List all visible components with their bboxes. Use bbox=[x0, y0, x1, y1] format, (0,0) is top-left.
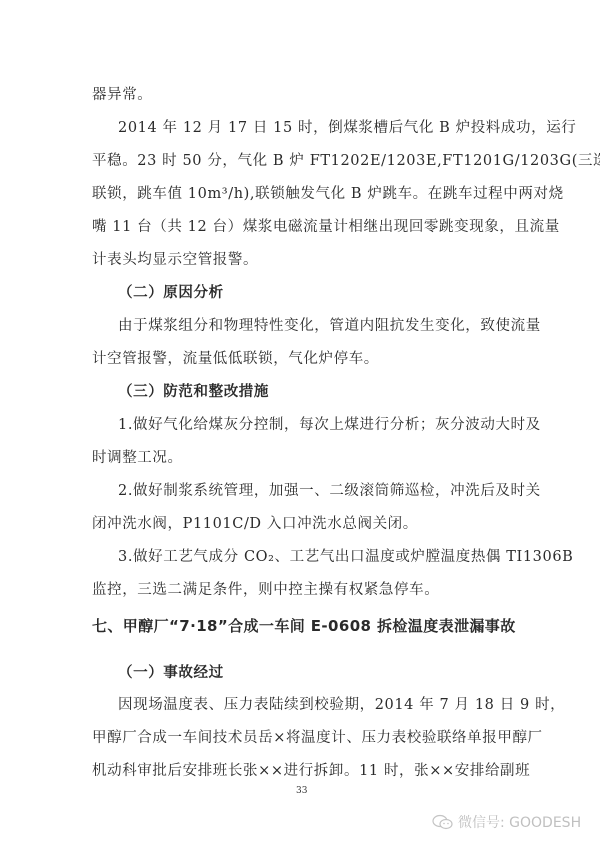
paragraph-line: 嘴 11 台（共 12 台）煤浆电磁流量计相继出现回零跳变现象，且流量 bbox=[92, 217, 522, 237]
document-page: 器异常。 2014 年 12 月 17 日 15 时，倒煤浆槽后气化 B 炉投料… bbox=[0, 0, 600, 848]
paragraph-line: 3.做好工艺气成分 CO₂、工艺气出口温度或炉膛温度热偶 TI1306B bbox=[118, 547, 548, 567]
paragraph-line: 平稳。23 时 50 分，气化 B 炉 FT1202E/1203E,FT1201… bbox=[92, 151, 522, 171]
section-heading-prevention-measures: （三）防范和整改措施 bbox=[118, 382, 548, 402]
paragraph-line: 联锁，跳车值 10m³/h),联锁触发气化 B 炉跳车。在跳车过程中两对烧 bbox=[92, 184, 522, 204]
paragraph-line: 机动科审批后安排班长张××进行拆卸。11 时，张××安排给副班 bbox=[92, 761, 522, 781]
watermark-text: 微信号: GOODESH bbox=[458, 812, 581, 832]
paragraph-line: 时调整工况。 bbox=[92, 448, 522, 468]
chapter-title: 七、甲醇厂“7·18”合成一车间 E-0608 拆检温度表泄漏事故 bbox=[92, 616, 522, 636]
paragraph-line: 由于煤浆组分和物理特性变化，管道内阻抗发生变化，致使流量 bbox=[118, 316, 548, 336]
page-number: 33 bbox=[296, 786, 307, 796]
paragraph-line: 1.做好气化给煤灰分控制，每次上煤进行分析；灰分波动大时及 bbox=[118, 415, 548, 435]
watermark: 微信号: GOODESH bbox=[432, 812, 581, 832]
paragraph-line: 闭冲洗水阀，P1101C/D 入口冲洗水总阀关闭。 bbox=[92, 514, 522, 534]
wechat-icon bbox=[432, 814, 454, 830]
paragraph-line: 2014 年 12 月 17 日 15 时，倒煤浆槽后气化 B 炉投料成功，运行 bbox=[118, 118, 548, 138]
paragraph-line: 因现场温度表、压力表陆续到校验期，2014 年 7 月 18 日 9 时， bbox=[118, 695, 548, 715]
paragraph-line: 甲醇厂合成一车间技术员岳×将温度计、压力表校验联络单报甲醇厂 bbox=[92, 728, 522, 748]
paragraph-line: 计空管报警，流量低低联锁，气化炉停车。 bbox=[92, 349, 522, 369]
paragraph-line: 监控，三选二满足条件，则中控主操有权紧急停车。 bbox=[92, 580, 522, 600]
paragraph-line: 器异常。 bbox=[92, 85, 522, 105]
section-heading-cause-analysis: （二）原因分析 bbox=[118, 283, 548, 303]
paragraph-line: 2.做好制浆系统管理，加强一、二级滚筒筛巡检，冲洗后及时关 bbox=[118, 481, 548, 501]
section-heading-incident-process: （一）事故经过 bbox=[118, 663, 548, 683]
paragraph-line: 计表头均显示空管报警。 bbox=[92, 250, 522, 270]
